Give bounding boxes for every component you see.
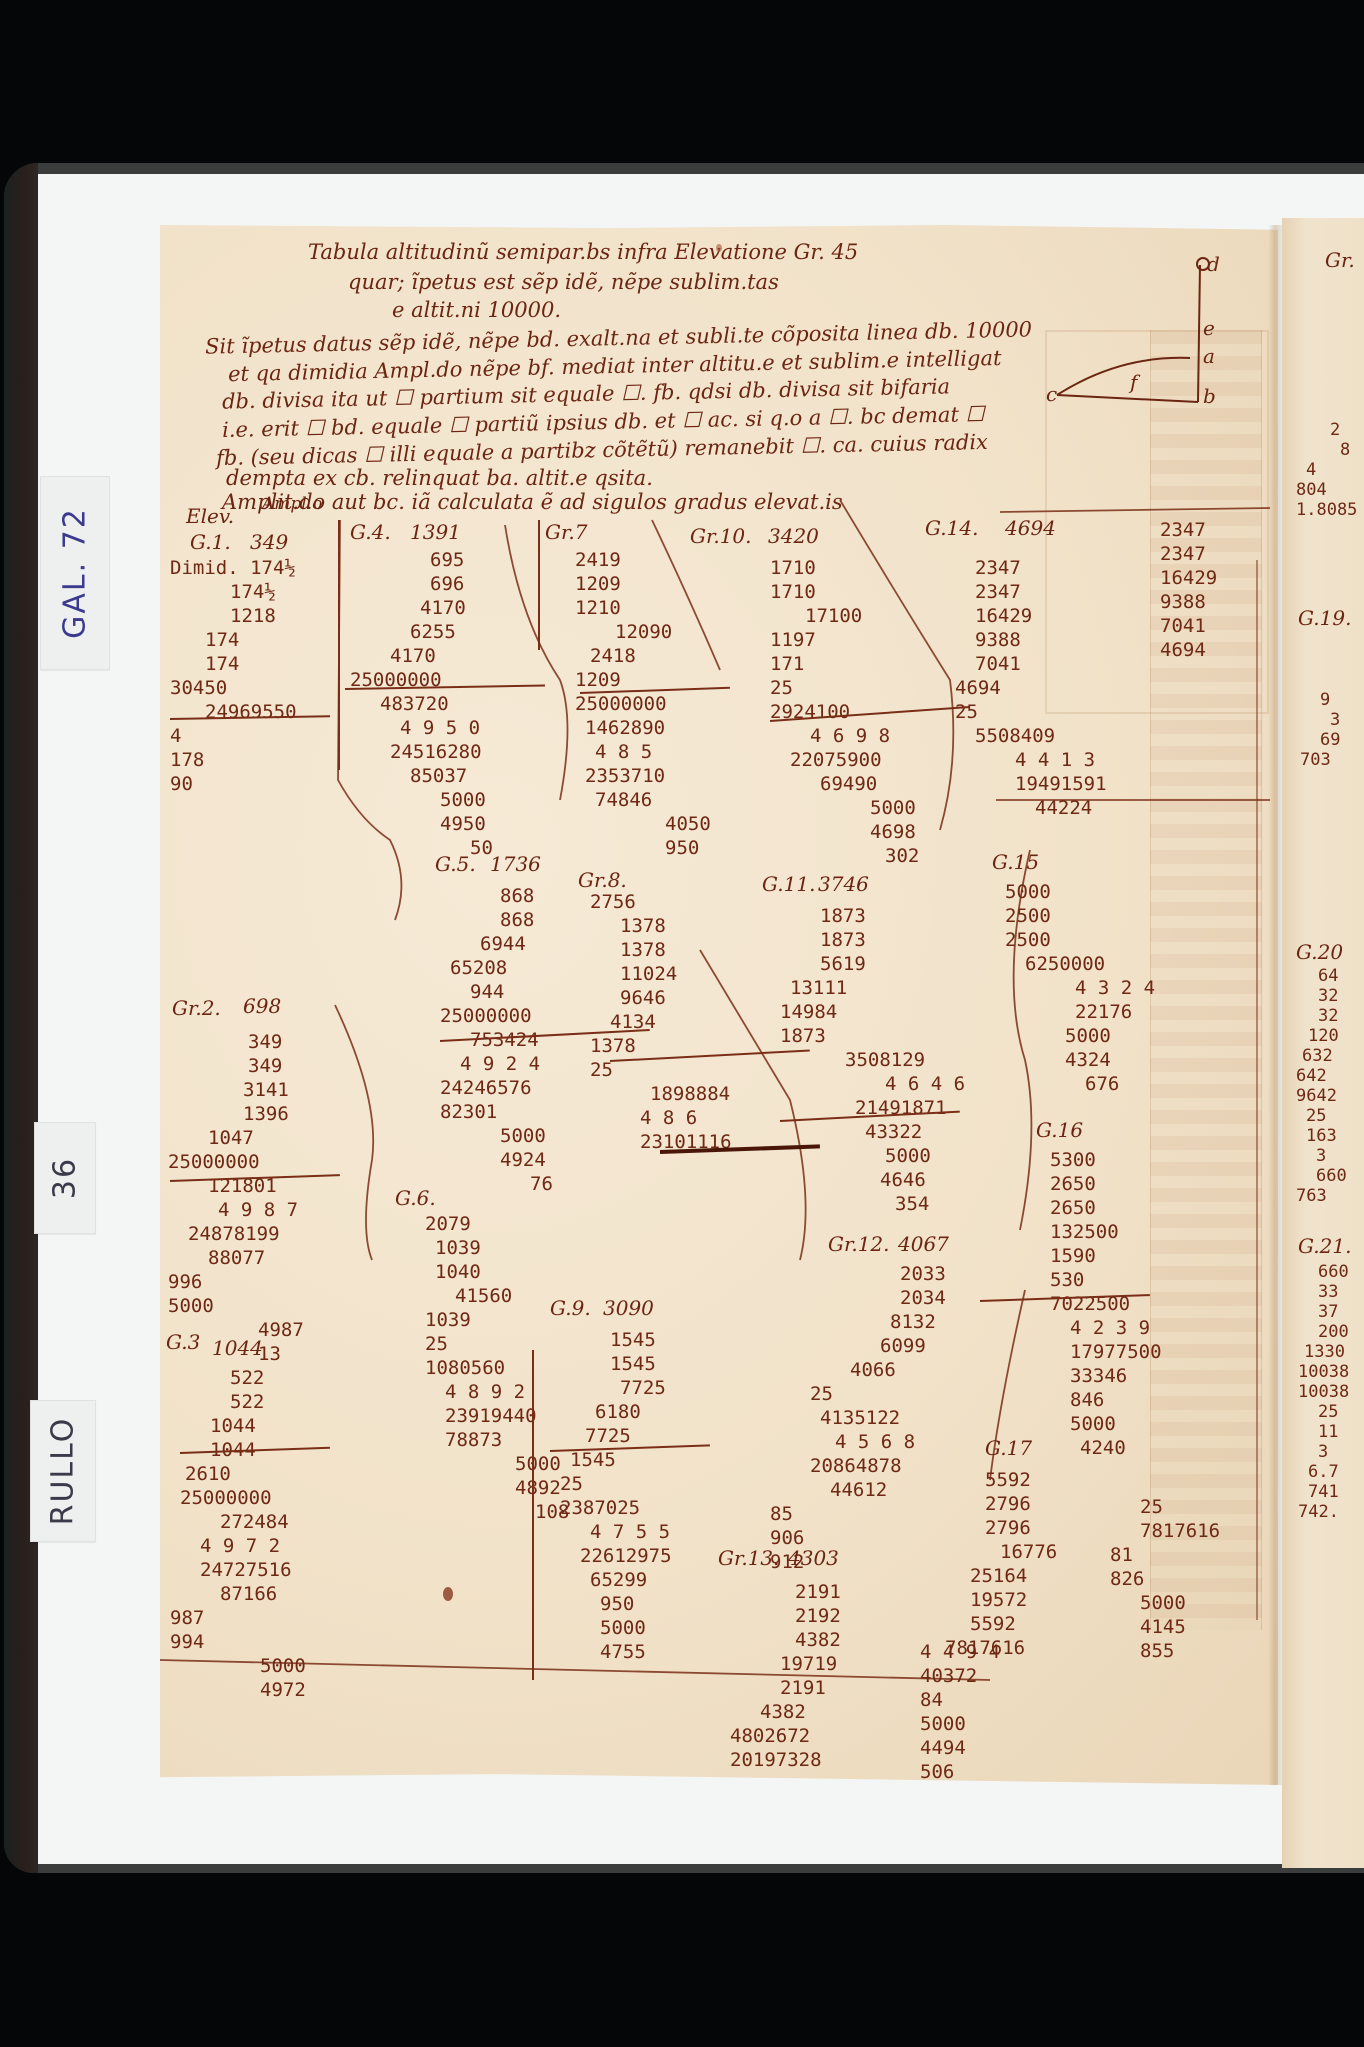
block-g7-work: 24191209 121012090 24181209 250000001462… xyxy=(575,548,711,860)
diagram-point-f: f xyxy=(1130,370,1137,394)
block-g12-label: Gr.12. xyxy=(828,1232,890,1256)
block-g14-work: 23472347 164299388 70414694 255508409 4 … xyxy=(975,556,1107,820)
block-g15-work: 50002500 25006250000 4 3 2 422176 500043… xyxy=(1005,880,1155,1096)
facing-page-header: Gr. xyxy=(1325,248,1355,272)
facing-page-label-g21: G.21. xyxy=(1298,1234,1351,1258)
body-line-6: dempta ex cb. relinquat ba. altit.e qsit… xyxy=(226,466,653,490)
block-g6-work: 20791039 104041560 103925 10805604 8 9 2… xyxy=(425,1212,569,1524)
ink-stain xyxy=(716,244,722,252)
block-g2-value: 698 xyxy=(243,994,281,1018)
block-g8-work: 27561378 137811024 96464134 137825 18988… xyxy=(590,890,732,1154)
block-g4-work: 695696 41706255 417025000000 4837204 9 5… xyxy=(350,548,493,860)
block-g6-label: G.6. xyxy=(395,1186,436,1210)
block-g2-work: 349349 31411396 104725000000 1218014 9 8… xyxy=(168,1030,304,1366)
block-g4-value: 1391 xyxy=(410,520,461,544)
title-line-1: Tabula altitudinũ semipar.bs infra Eleva… xyxy=(308,240,858,264)
column-header-elevation: Elev. xyxy=(186,504,234,528)
facing-page-label-g20: G.20 xyxy=(1296,940,1343,964)
column-divider xyxy=(1256,560,1258,1620)
column-divider xyxy=(538,520,540,650)
block-g1-label: G.1. xyxy=(190,530,231,554)
diagram-point-a: a xyxy=(1203,344,1215,368)
block-g16-label: G.16 xyxy=(1036,1118,1083,1142)
block-g5-value: 1736 xyxy=(490,852,541,876)
block-g17-work: 55922796 279616776 2516419572 5592781761… xyxy=(945,1468,1057,1660)
facing-page-work-top: 28 4804 1.8085 xyxy=(1296,420,1357,520)
block-g10-label: Gr.10. xyxy=(690,524,752,548)
block-g3-work: 522522 10441044 261025000000 2724844 9 7… xyxy=(170,1366,306,1702)
block-g5-label: G.5. xyxy=(435,852,476,876)
block-g9-value: 3090 xyxy=(603,1296,654,1320)
block-g13-work: 21912192 438219719 21914382 480267220197… xyxy=(720,1580,841,1772)
diagram-point-c: c xyxy=(1046,382,1057,406)
facing-page-work-g20: 6432 32120 632642 964225 1633 660763 xyxy=(1296,966,1347,1206)
series-label: RULLO xyxy=(30,1400,96,1542)
facing-page-work-middle: 93 69703 xyxy=(1300,690,1340,770)
block-g3-label: G.3 xyxy=(166,1330,200,1354)
block-g9-work: 15451545 77256180 77251545 252387025 4 7… xyxy=(560,1328,672,1664)
block-g14-side: 23472347 164299388 70414694 xyxy=(1160,518,1217,662)
title-line-3: e altit.ni 10000. xyxy=(392,298,561,322)
block-g15-label: G.15 xyxy=(992,850,1039,874)
block-g11-work: 18731873 561913111 149841873 35081294 6 … xyxy=(780,904,965,1216)
block-g11-label: G.11. xyxy=(762,872,815,896)
column-divider xyxy=(338,520,340,770)
block-g13-label: Gr.13. xyxy=(718,1546,780,1570)
block-g16-work: 53002650 2650132500 1590530 70225004 2 3… xyxy=(1050,1148,1162,1460)
block-g11-value: 3746 xyxy=(818,872,869,896)
title-line-2: quar; ĩpetus est sẽp idẽ, nẽpe sublim.ta… xyxy=(348,270,779,294)
block-g8-label: Gr.8. xyxy=(578,868,627,892)
facing-page-label-g19: G.19. xyxy=(1298,606,1351,630)
block-g10-value: 3420 xyxy=(768,524,819,548)
block-g14-label: G.14. xyxy=(925,516,978,540)
block-g13-side: 4 4 9 440372 845000 4494506 xyxy=(920,1640,1000,1784)
block-g2-label: Gr.2. xyxy=(172,996,221,1020)
ink-stain xyxy=(443,1587,453,1601)
folio-number: 36 xyxy=(48,1157,83,1199)
shelfmark-label: GAL. 72 xyxy=(40,476,110,670)
series-text: RULLO xyxy=(46,1417,81,1526)
column-divider xyxy=(532,1350,534,1680)
folio-label: 36 xyxy=(34,1122,96,1234)
page-fold xyxy=(1268,225,1282,1785)
diagram-point-e: e xyxy=(1203,316,1215,340)
block-g3-value: 1044 xyxy=(212,1336,263,1360)
block-g17-label: G.17 xyxy=(985,1436,1032,1460)
block-g4-label: G.4. xyxy=(350,520,391,544)
column-header-amplitude: Ampl.o xyxy=(262,494,322,514)
facing-page-work-g21: 66033 37200 133010038 1003825 113 6.7741… xyxy=(1298,1262,1349,1522)
block-g17-side: 257817616 81826 50004145 855 xyxy=(1110,1495,1220,1663)
block-g12-value: 4067 xyxy=(898,1232,949,1256)
block-g1-value: 349 xyxy=(250,530,288,554)
block-g12-work: 20332034 81326099 406625 41351224 5 6 8 … xyxy=(770,1262,946,1574)
shelfmark-text: GAL. 72 xyxy=(58,507,93,639)
diagram-point-d: d xyxy=(1207,252,1220,276)
block-g1-work: Dimid. 174½174½ 1218174 174 304502496955… xyxy=(170,556,297,796)
mount-edge xyxy=(4,163,38,1873)
block-g14-value: 4694 xyxy=(1005,516,1056,540)
block-g13-value: 4303 xyxy=(788,1546,839,1570)
block-g9-label: G.9. xyxy=(550,1296,591,1320)
block-g7-label: Gr.7 xyxy=(545,520,587,544)
diagram-point-b: b xyxy=(1203,384,1216,408)
